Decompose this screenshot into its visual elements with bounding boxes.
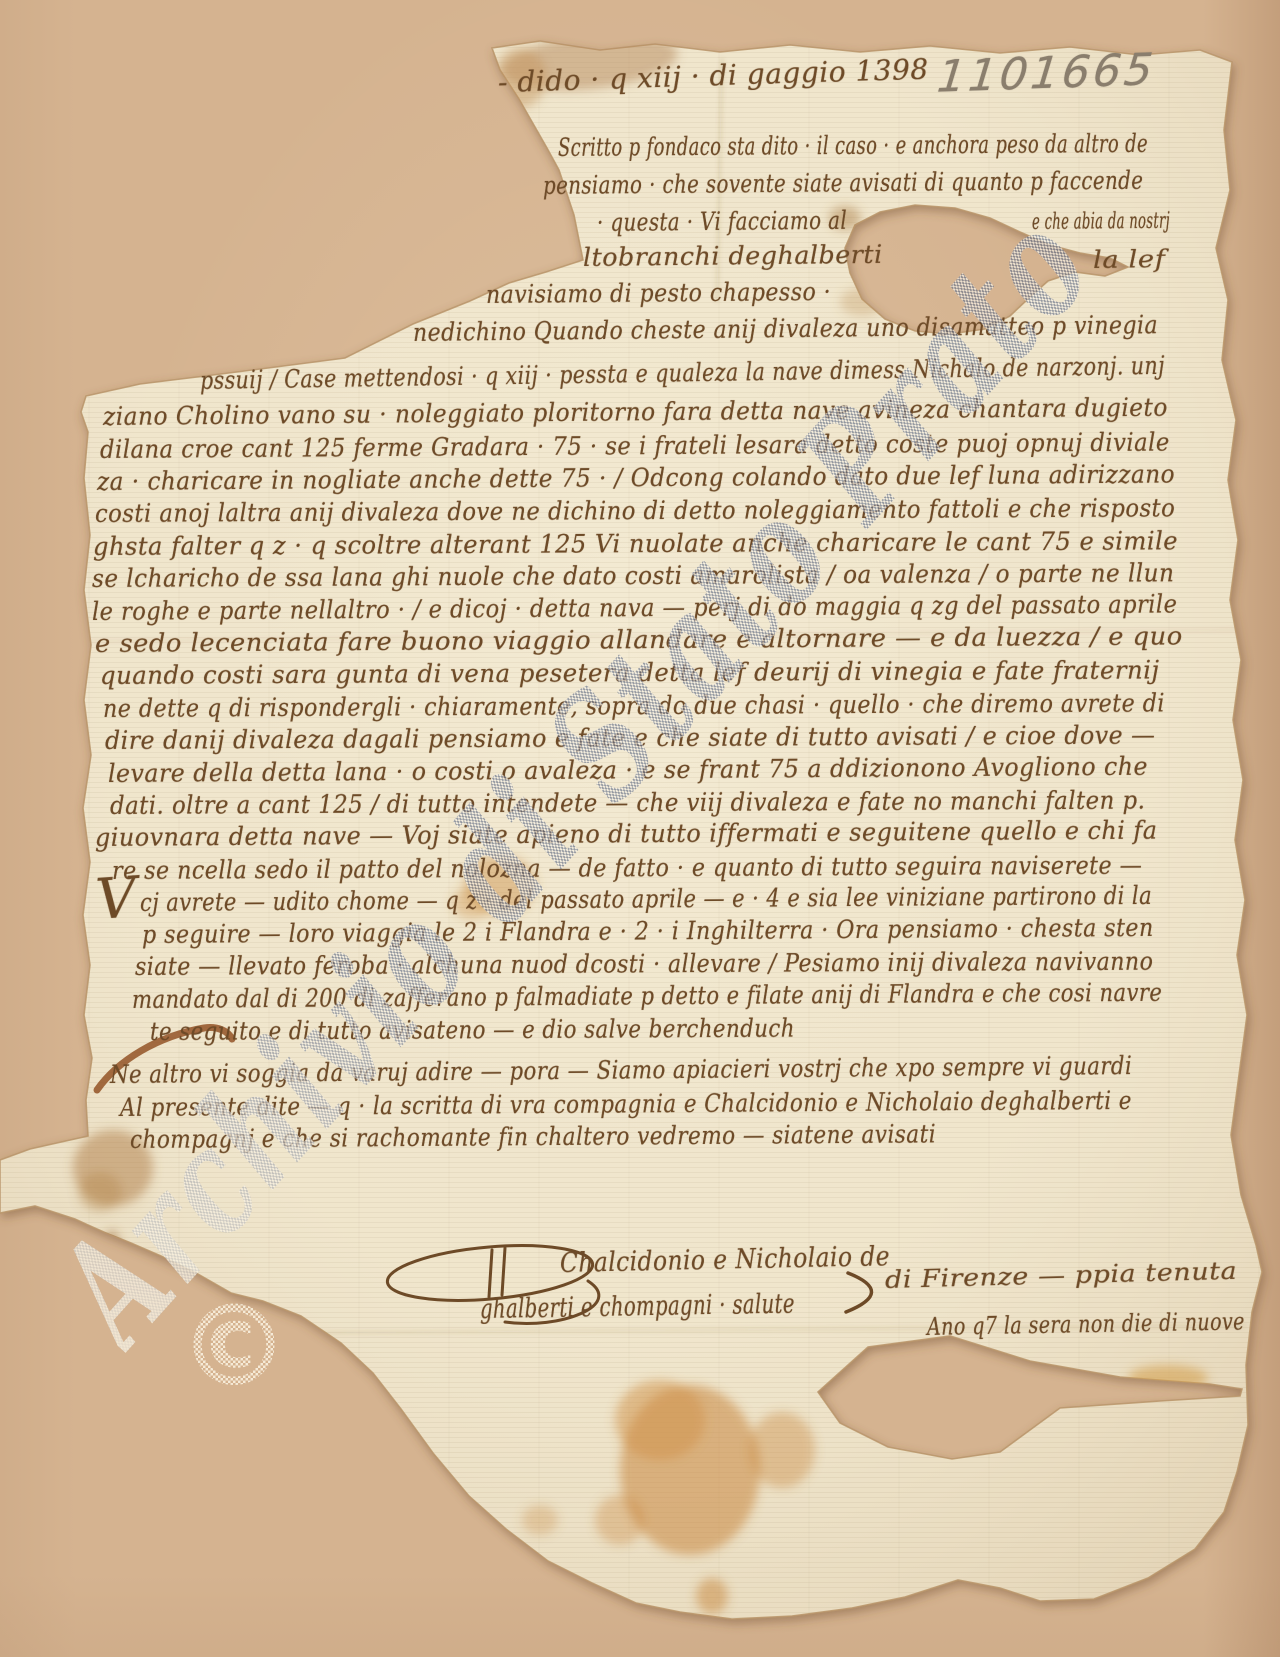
manuscript-line: ghsta falter q z · q scoltre alterant 12…	[93, 526, 1178, 561]
copyright-watermark-icon: ©	[178, 1288, 290, 1406]
manuscript-line: navisiamo di pesto chapesso ·	[486, 277, 831, 309]
address-line-2: Ano q7 la sera non die di nuove	[927, 1307, 1245, 1341]
manuscript-line: la lef	[1093, 245, 1166, 274]
manuscript-line: re se ncella sedo il patto del nolozna —…	[112, 851, 1142, 885]
manuscript-line: costi anoj laltra anij divaleza dove ne …	[95, 493, 1175, 528]
margin-initial: V	[94, 865, 139, 933]
manuscript-line: · questa · Vi facciamo al	[597, 206, 847, 237]
scanned-manuscript-page: { "document": { "archive_number": "11016…	[0, 0, 1280, 1657]
manuscript-line: ltobranchi deghalberti	[583, 240, 883, 272]
archive-number: 1101665	[935, 44, 1158, 103]
manuscript-line: pensiamo · che sovente siate avisati di …	[543, 166, 1144, 200]
manuscript-line: Scritto p fondaco sta dito · il caso · e…	[558, 129, 1148, 162]
signature-line-2: ghalberti e chompagni · salute	[480, 1289, 795, 1325]
